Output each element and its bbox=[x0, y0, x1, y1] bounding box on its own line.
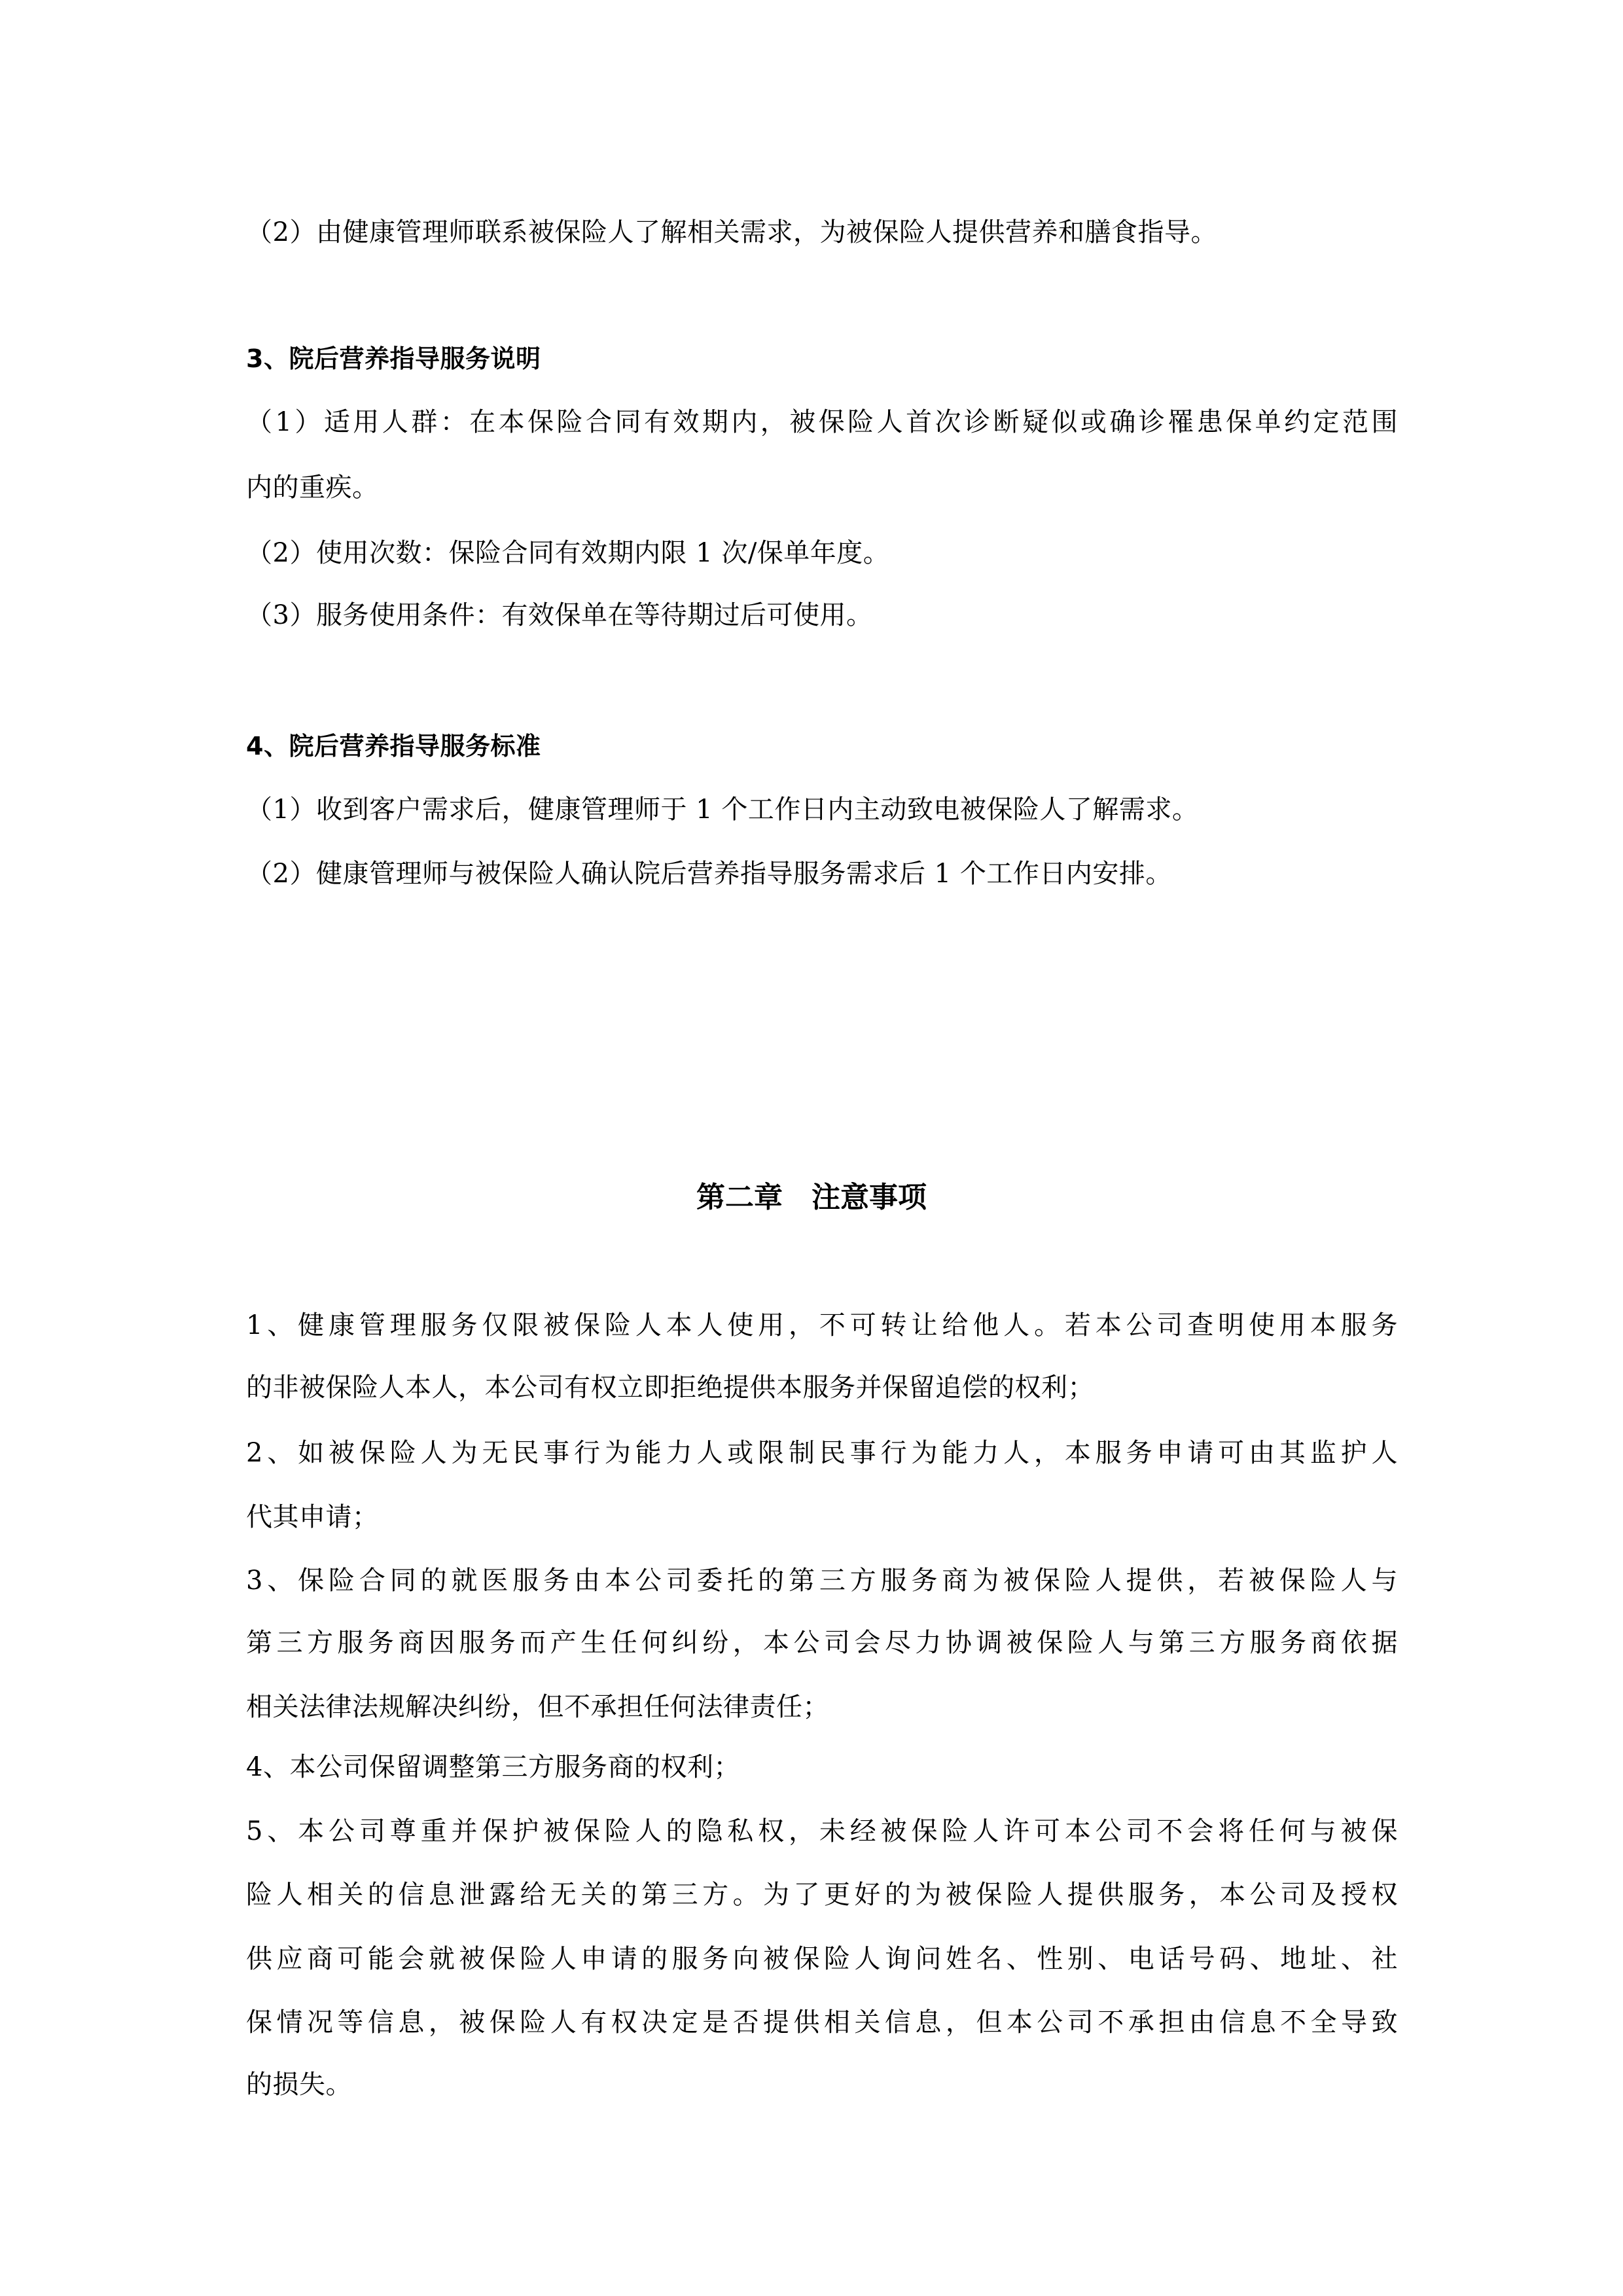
notice-item-1-line-1: 1、健康管理服务仅限被保险人本人使用，不可转让给他人。若本公司查明使用本服务 bbox=[246, 1310, 1398, 1341]
notice-item-5-line-1: 5、本公司尊重并保护被保险人的隐私权，未经被保险人许可本公司不会将任何与被保 bbox=[246, 1816, 1398, 1847]
section3-item-1-line-2: 内的重疾。 bbox=[246, 472, 1398, 503]
section3-heading: 3、院后营养指导服务说明 bbox=[246, 343, 1398, 374]
notice-item-3-line-3: 相关法律法规解决纠纷，但不承担任何法律责任； bbox=[246, 1691, 1398, 1723]
notice-item-3-line-1: 3、保险合同的就医服务由本公司委托的第三方服务商为被保险人提供，若被保险人与 bbox=[246, 1565, 1398, 1596]
notice-item-4: 4、本公司保留调整第三方服务商的权利； bbox=[246, 1751, 1398, 1783]
notice-item-5-line-2: 险人相关的信息泄露给无关的第三方。为了更好的为被保险人提供服务，本公司及授权 bbox=[246, 1879, 1398, 1910]
section2-item-2: （2）由健康管理师联系被保险人了解相关需求，为被保险人提供营养和膳食指导。 bbox=[246, 217, 1398, 248]
section3-item-3: （3）服务使用条件：有效保单在等待期过后可使用。 bbox=[246, 600, 1398, 631]
section4-item-1: （1）收到客户需求后，健康管理师于 1 个工作日内主动致电被保险人了解需求。 bbox=[246, 794, 1398, 825]
section4-heading: 4、院后营养指导服务标准 bbox=[246, 730, 1398, 762]
notice-item-3-line-2: 第三方服务商因服务而产生任何纠纷，本公司会尽力协调被保险人与第三方服务商依据 bbox=[246, 1627, 1398, 1659]
section3-item-1-line-1: （1）适用人群：在本保险合同有效期内，被保险人首次诊断疑似或确诊罹患保单约定范围 bbox=[246, 406, 1398, 438]
chapter-title: 第二章 注意事项 bbox=[0, 1179, 1623, 1216]
section3-item-2: （2）使用次数：保险合同有效期内限 1 次/保单年度。 bbox=[246, 537, 1398, 569]
notice-item-5-line-3: 供应商可能会就被保险人申请的服务向被保险人询问姓名、性别、电话号码、地址、社 bbox=[246, 1943, 1398, 1975]
notice-item-2-line-2: 代其申请； bbox=[246, 1501, 1398, 1533]
notice-item-1-line-2: 的非被保险人本人，本公司有权立即拒绝提供本服务并保留追偿的权利； bbox=[246, 1372, 1398, 1403]
document-page: （2）由健康管理师联系被保险人了解相关需求，为被保险人提供营养和膳食指导。 3、… bbox=[0, 0, 1623, 2296]
notice-item-5-line-4: 保情况等信息，被保险人有权决定是否提供相关信息，但本公司不承担由信息不全导致 bbox=[246, 2007, 1398, 2038]
section4-item-2: （2）健康管理师与被保险人确认院后营养指导服务需求后 1 个工作日内安排。 bbox=[246, 858, 1398, 889]
notice-item-5-line-5: 的损失。 bbox=[246, 2069, 1398, 2100]
notice-item-2-line-1: 2、如被保险人为无民事行为能力人或限制民事行为能力人，本服务申请可由其监护人 bbox=[246, 1437, 1398, 1469]
